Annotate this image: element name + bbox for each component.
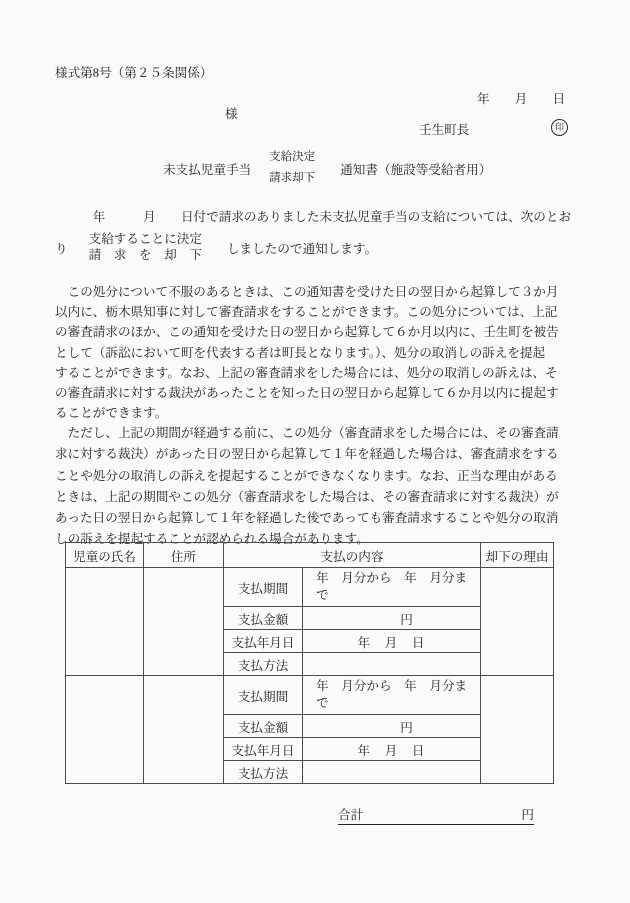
payment-method-value	[303, 761, 481, 784]
notice-wrap-prefix: り	[55, 238, 68, 257]
payment-amount-value: 円	[303, 715, 481, 738]
paragraph-line: ただし、上記の期間が経過する前に、この処分（審査請求をした場合には、その審査請	[55, 423, 559, 444]
notice-decision-options: 支給することに決定 請 求 を 却 下	[89, 231, 202, 264]
notice-option-grant: 支給することに決定	[89, 231, 202, 248]
payment-amount-value: 円	[303, 607, 481, 630]
title-suffix: 通知書（施設等受給者用）	[340, 159, 491, 178]
title-option-grant: 支給決定	[269, 147, 315, 168]
issuer-line: 壬生町長	[419, 119, 469, 138]
paragraph-line: ときは、上記の期間やこの処分（審査請求をした場合は、その審査請求に対する裁決）が	[55, 487, 559, 508]
row-label: 支払期間	[224, 676, 303, 715]
header-rejection-reason: 却下の理由	[481, 543, 554, 568]
row-label: 支払方法	[224, 761, 303, 784]
payment-date-value: 年 月 日	[303, 738, 481, 761]
title-prefix: 未支払児童手当	[163, 159, 251, 178]
notice-option-reject: 請 求 を 却 下	[89, 247, 202, 264]
row-label: 支払金額	[224, 607, 303, 630]
paragraph-line: ることができます。	[55, 403, 559, 423]
payment-method-value	[303, 653, 481, 676]
notice-line2: り 支給することに決定 請 求 を 却 下 しましたので通知します。	[55, 226, 377, 268]
table-row: 支払期間 年 月分から 年 月分まで	[66, 568, 554, 607]
paragraph-line: 以内に、栃木県知事に対して審査請求をすることができます。この処分については、上記	[55, 302, 559, 322]
table-row: 支払期間 年 月分から 年 月分まで	[66, 676, 554, 715]
paragraph-line: の審査請求に対する裁決があったことを知った日の翌日から起算して６か月以内に提起す	[55, 383, 559, 403]
notice-line1: 年 月 日付で請求のありました未支払児童手当の支給については、次のとお	[55, 206, 571, 225]
paragraph-line: あった日の翌日から起算して１年を経過した後であっても審査請求することや処分の取消	[55, 508, 559, 529]
address-cell	[144, 568, 224, 676]
row-label: 支払年月日	[224, 630, 303, 653]
payment-period-value: 年 月分から 年 月分まで	[303, 676, 481, 715]
total-label: 合計	[338, 804, 363, 823]
document-page: 様式第8号（第２５条関係） 年 月 日 様 壬生町長 印 未支払児童手当 支給決…	[0, 0, 630, 903]
total-unit: 円	[521, 804, 534, 823]
child-name-cell	[66, 676, 144, 784]
header-address: 住所	[144, 543, 224, 568]
addressee-suffix: 様	[225, 103, 238, 122]
paragraph-line: の審査請求のほか、この通知を受けた日の翌日から起算して６か月以内に、壬生町を被告	[55, 322, 559, 342]
address-cell	[144, 676, 224, 784]
paragraph-line: することができます。なお、上記の審査請求をした場合には、処分の取消しの訴えは、そ	[55, 363, 559, 383]
paragraph-line: ことや処分の取消しの訴えを提起することができなくなります。なお、正当な理由がある	[55, 466, 559, 487]
form-number: 様式第8号（第２５条関係）	[55, 62, 212, 81]
notice-conclusion: しましたので通知します。	[227, 238, 377, 257]
header-payment-content: 支払の内容	[224, 543, 481, 568]
row-label: 支払方法	[224, 653, 303, 676]
title-decision-options: 支給決定 請求却下	[269, 147, 315, 189]
payment-table: 児童の氏名 住所 支払の内容 却下の理由 支払期間 年 月分から 年 月分まで …	[65, 542, 554, 784]
payment-date-value: 年 月 日	[303, 630, 481, 653]
paragraph-line: として（訴訟において町を代表する者は町長となります。）、処分の取消しの訴えを提起	[55, 343, 559, 363]
table-header-row: 児童の氏名 住所 支払の内容 却下の理由	[66, 543, 554, 568]
payment-period-value: 年 月分から 年 月分まで	[303, 568, 481, 607]
header-child-name: 児童の氏名	[66, 543, 144, 568]
issuer-name: 壬生町長	[419, 119, 469, 138]
row-label: 支払金額	[224, 715, 303, 738]
rejection-reason-cell	[481, 568, 554, 676]
paragraph-line: この処分について不服のあるときは、この通知書を受けた日の翌日から起算して３か月	[55, 282, 559, 302]
row-label: 支払期間	[224, 568, 303, 607]
row-label: 支払年月日	[224, 738, 303, 761]
paragraph-line: 求に対する裁決）があった日の翌日から起算して１年を経過した場合は、審査請求をする	[55, 444, 559, 465]
appeal-paragraph-2: ただし、上記の期間が経過する前に、この処分（審査請求をした場合には、その審査請 …	[55, 423, 559, 551]
rejection-reason-cell	[481, 676, 554, 784]
document-title: 未支払児童手当 支給決定 請求却下 通知書（施設等受給者用）	[163, 146, 491, 190]
title-option-reject: 請求却下	[269, 168, 315, 189]
total-line: 合計 円	[338, 803, 534, 825]
seal-stamp-icon: 印	[551, 119, 568, 136]
child-name-cell	[66, 568, 144, 676]
issue-date-line: 年 月 日	[477, 88, 565, 107]
appeal-paragraph-1: この処分について不服のあるときは、この通知書を受けた日の翌日から起算して３か月 …	[55, 282, 559, 423]
